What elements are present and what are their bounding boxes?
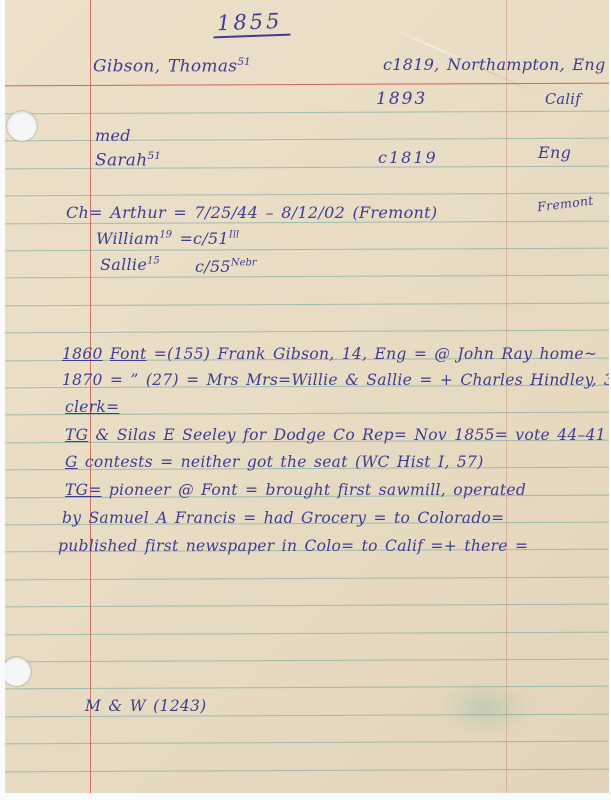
note-line: by Samuel A Francis = had Grocery = to C… <box>62 509 504 527</box>
census-1860-line: 1860 Font =(155) Frank Gibson, 14, Eng =… <box>62 345 597 363</box>
head-name: Gibson, Thomas51 <box>93 56 251 77</box>
note-line: G contests = neither got the seat (WC Hi… <box>65 453 484 471</box>
state-superscript: Nebr <box>231 258 257 269</box>
census-1870-line: 1870 = ” (27) = Mrs Mrs=Willie & Sallie … <box>62 371 611 389</box>
red-margin-line-right-faint <box>506 0 507 800</box>
year-heading: 1855 <box>213 9 291 39</box>
child-birth-sallie: c/55Nebr <box>195 257 257 276</box>
child-row-william: William19 = <box>96 229 193 248</box>
head-death-place: Calif <box>545 92 581 108</box>
state-superscript: Ill <box>229 230 239 241</box>
spouse-name: Sarah51 <box>95 150 161 171</box>
head-death-year: 1893 <box>376 89 427 109</box>
note-line: published first newspaper in Colo= to Ca… <box>58 537 528 555</box>
children-label: Ch= <box>66 203 103 222</box>
punch-hole-bottom <box>2 657 31 686</box>
marriage-label: med <box>95 126 131 145</box>
ink-stain <box>440 680 530 735</box>
spouse-birth: c1819 <box>378 148 438 167</box>
scanned-notebook-page: 1855 Gibson, Thomas51 c1819, Northampton… <box>0 0 611 800</box>
punch-hole-top <box>7 111 37 141</box>
clerk-label: clerk= <box>65 398 119 416</box>
head-age-superscript: 51 <box>237 56 250 68</box>
scan-edge-left <box>0 0 5 800</box>
spouse-age-superscript: 51 <box>148 150 161 162</box>
note-line: TG= pioneer @ Font = brought first sawmi… <box>65 481 526 499</box>
scan-edge-bottom <box>0 793 611 800</box>
spouse-place: Eng <box>538 143 571 162</box>
child-row-arthur: Ch= Arthur = 7/25/44 – 8/12/02 (Fremont) <box>66 203 437 222</box>
head-birth: c1819, Northampton, Eng <box>383 55 606 74</box>
child-birth-william: c/51Ill <box>193 229 239 248</box>
note-line: TG & Silas E Seeley for Dodge Co Rep= No… <box>65 426 606 444</box>
source-citation: M & W (1243) <box>85 697 207 715</box>
child-row-sallie: Sallie15 <box>100 255 160 274</box>
